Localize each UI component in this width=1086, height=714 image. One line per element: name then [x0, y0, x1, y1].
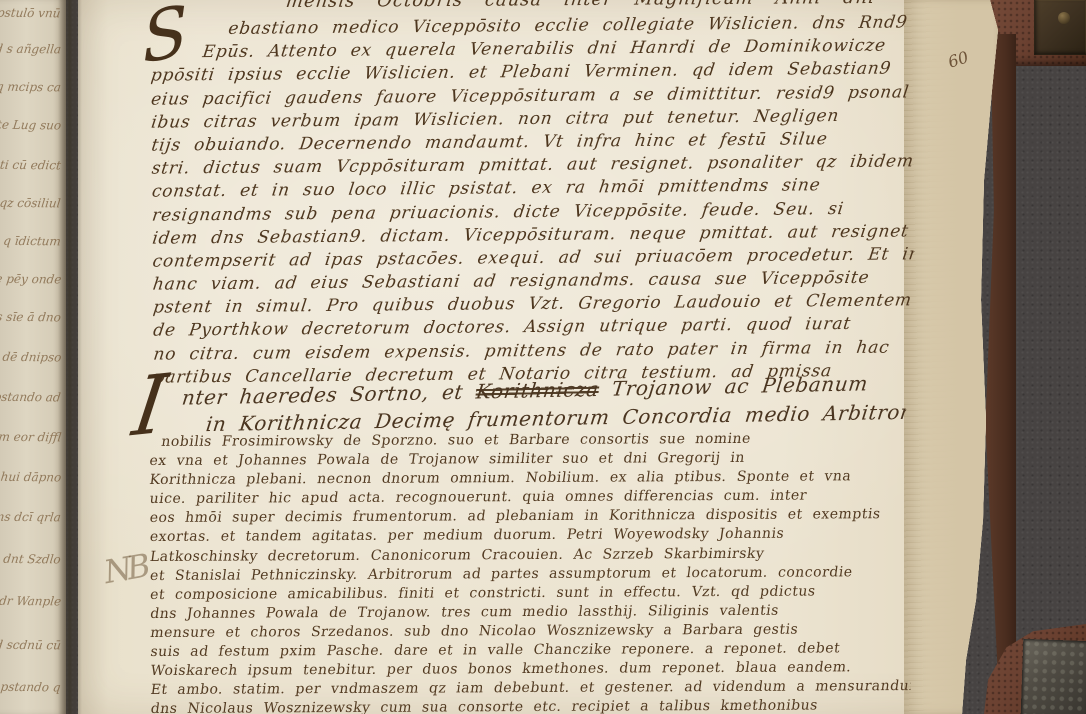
prev-page-text: lute pēy onde [0, 272, 62, 287]
paragraph1: ebastiano medico Viceppōsito ecclie coll… [150, 11, 916, 389]
prev-page-text: pq dr Wanple [0, 594, 62, 609]
text-line: dns Nicolaus Wosznizewsky cum sua consor… [149, 696, 910, 714]
prev-page-text: ad scdnū cū [0, 638, 62, 653]
prev-page-text: q mcips ca [0, 80, 62, 95]
clasp-plate-top-icon [1034, 0, 1086, 55]
prev-page-text: ut q īdictum [0, 234, 62, 249]
prev-page-text: de pstando ad [0, 390, 62, 405]
manuscript-page: mensis Octobris causa inter Magnificum A… [78, 0, 1004, 714]
paragraph2: nobilis Frosimirowsky de Sporzno. suo et… [149, 429, 910, 714]
prev-page-text: ei9 dnt Szdlo [0, 552, 62, 567]
prev-page-text: dns dcī qrla [0, 510, 62, 525]
prev-page-text: ad s añgella [0, 42, 62, 57]
prev-page-text: ius dē dnipso [0, 350, 62, 365]
manuscript-photo: pstulō vnū ad s añgella q mcips ca stāte… [0, 0, 1086, 714]
header-line: mensis Octobris causa inter Magnificum A… [285, 0, 877, 12]
clasp-plate-bottom-icon [1021, 639, 1086, 714]
previous-page-strip: pstulō vnū ad s añgella q mcips ca stāte… [0, 0, 66, 714]
struck-through-word: Korithnicza [475, 377, 601, 404]
prev-page-text: et hui dāpno [0, 470, 62, 485]
prev-page-text: pstulō vnū [0, 6, 62, 21]
prev-page-text: scdm eor diffl [0, 430, 62, 445]
gutter-shadow [58, 0, 82, 714]
heading-text: Trojanow ac Plebanum [598, 371, 870, 401]
prev-page-text: stāte Lug suo [0, 118, 62, 133]
heading-text: nter haeredes Sortno, et [181, 379, 478, 409]
prev-page-text: tris sīe ā dno [0, 310, 62, 325]
prev-page-text: psati cū edict [0, 158, 62, 173]
clasp-rivet-icon [1058, 12, 1070, 24]
prev-page-text: de pstando q [0, 680, 62, 695]
margin-note-nb: NB [101, 547, 148, 592]
prev-page-text: ite qz cōsiliul [0, 196, 62, 211]
